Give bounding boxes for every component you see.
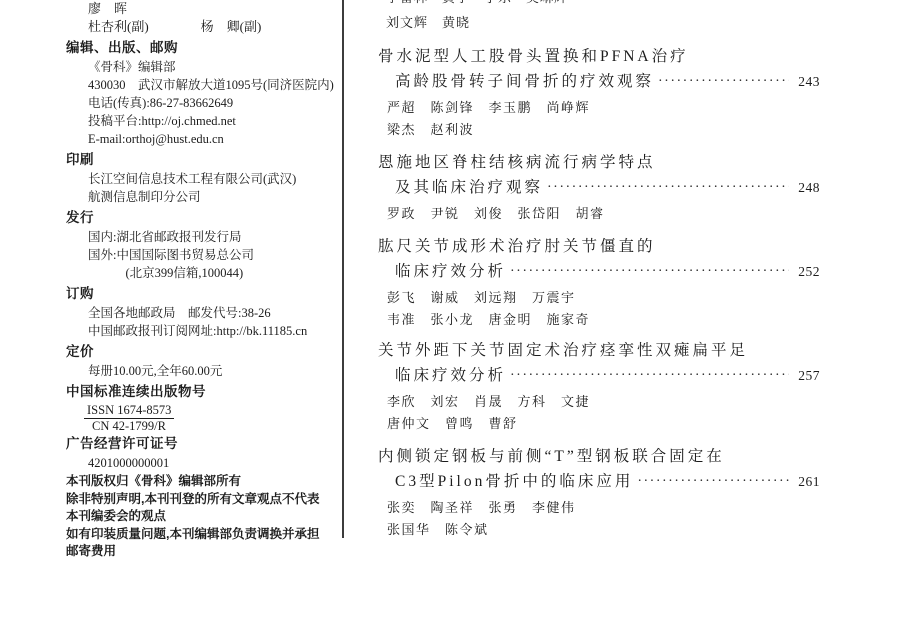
dot-leader (637, 471, 789, 493)
page-number: 243 (794, 71, 820, 93)
article-title-line1: 恩施地区脊柱结核病流行病学特点 (378, 152, 820, 174)
toc-entry: 内侧锁定钢板与前侧“T”型钢板联合固定在 C3型Pilon骨折中的临床应用 26… (378, 446, 820, 540)
toc-author-line: 张奕 陶圣祥 张勇 李健伟 (378, 497, 820, 518)
toc-author-line: 韦准 张小龙 唐金明 施家奇 (378, 309, 820, 330)
dot-leader (658, 71, 789, 93)
dot-leader (510, 365, 789, 387)
section-header-price: 定价 (66, 342, 351, 362)
section-header-printing: 印刷 (66, 150, 351, 170)
ad-license-number: 4201000000001 (66, 454, 351, 472)
toc-column: 李雷林 黄宇 于东 吴琳辉 刘文辉 黄晓 骨水泥型人工股骨头置换和PFNA治疗 … (378, 0, 820, 540)
toc-author-line: 张国华 陈令斌 (378, 519, 820, 540)
quality-notice: 邮寄费用 (66, 543, 351, 561)
page-number: 252 (794, 261, 820, 283)
dot-leader (547, 177, 789, 199)
section-header-ad-license: 广告经营许可证号 (66, 434, 351, 454)
editor-name: 廖 晖 (66, 0, 351, 18)
article-title-line1: 内侧锁定钢板与前侧“T”型钢板联合固定在 (378, 446, 820, 468)
domestic-distribution-line: 国内:湖北省邮政报刊发行局 (66, 228, 351, 246)
article-title-line1: 骨水泥型人工股骨头置换和PFNA治疗 (378, 46, 820, 68)
article-title-line1: 关节外距下关节固定术治疗痉挛性双瘫扁平足 (378, 340, 820, 362)
toc-entry: 关节外距下关节固定术治疗痉挛性双瘫扁平足 临床疗效分析 257 李欣 刘宏 肖晟… (378, 340, 820, 434)
overseas-distribution-line: 国外:中国国际图书贸易总公司 (66, 246, 351, 264)
quality-notice: 如有印装质量问题,本刊编辑部负责调换并承担 (66, 526, 351, 544)
po-box-line: (北京399信箱,100044) (66, 264, 351, 282)
journal-masthead-page: { "left": { "editors": ["廖 晖", "杜杏利(副) 杨… (0, 0, 900, 630)
section-header-subscription: 订购 (66, 284, 351, 304)
publisher-line: 《骨科》编辑部 (66, 58, 351, 76)
toc-author-line: 刘文辉 黄晓 (378, 14, 820, 32)
copyright-notice: 本刊版权归《骨科》编辑部所有 (66, 473, 351, 491)
toc-entry: 骨水泥型人工股骨头置换和PFNA治疗 高龄股骨转子间骨折的疗效观察 243 严超… (378, 46, 820, 140)
section-header-distribution: 发行 (66, 208, 351, 228)
submission-platform-line: 投稿平台:http://oj.chmed.net (66, 112, 351, 130)
section-header-serial-number: 中国标准连续出版物号 (66, 382, 351, 402)
toc-entry: 肱尺关节成形术治疗肘关节僵直的 临床疗效分析 252 彭飞 谢威 刘远翔 万震宇… (378, 236, 820, 330)
cn-number: CN 42-1799/R (84, 419, 351, 433)
article-title-line2: 高龄股骨转子间骨折的疗效观察 (395, 71, 654, 93)
article-title-line2: C3型Pilon骨折中的临床应用 (395, 471, 633, 493)
phone-line: 电话(传真):86-27-83662649 (66, 94, 351, 112)
article-title-line2: 及其临床治疗观察 (395, 177, 543, 199)
page-number: 257 (794, 365, 820, 387)
clipped-author-line: 李雷林 黄宇 于东 吴琳辉 (378, 0, 820, 9)
issn-cn-block: ISSN 1674-8573 CN 42-1799/R (66, 402, 351, 433)
toc-entry: 恩施地区脊柱结核病流行病学特点 及其临床治疗观察 248 罗政 尹锐 刘俊 张岱… (378, 152, 820, 224)
masthead-column: 廖 晖 杜杏利(副) 杨 卿(副) 编辑、出版、邮购 《骨科》编辑部 43003… (66, 0, 351, 561)
toc-author-line: 彭飞 谢威 刘远翔 万震宇 (378, 287, 820, 308)
subscription-url-line: 中国邮政报刊订阅网址:http://bk.11185.cn (66, 322, 351, 340)
disclaimer-notice: 除非特别声明,本刊刊登的所有文章观点不代表 (66, 491, 351, 509)
post-office-line: 全国各地邮政局 邮发代号:38-26 (66, 304, 351, 322)
dot-leader (510, 261, 789, 283)
issn-number: ISSN 1674-8573 (84, 402, 174, 419)
article-title-line1: 肱尺关节成形术治疗肘关节僵直的 (378, 236, 820, 258)
toc-author-line: 唐仲文 曾鸣 曹舒 (378, 413, 820, 434)
page-number: 248 (794, 177, 820, 199)
email-line: E-mail:orthoj@hust.edu.cn (66, 130, 351, 148)
toc-author-line: 李欣 刘宏 肖晟 方科 文捷 (378, 391, 820, 412)
address-line: 430030 武汉市解放大道1095号(同济医院内) (66, 76, 351, 94)
article-title-line2: 临床疗效分析 (395, 261, 506, 283)
disclaimer-notice: 本刊编委会的观点 (66, 508, 351, 526)
article-title-line2: 临床疗效分析 (395, 365, 506, 387)
printer-line: 航测信息制印分公司 (66, 188, 351, 206)
price-line: 每册10.00元,全年60.00元 (66, 362, 351, 380)
editor-name: 杜杏利(副) 杨 卿(副) (66, 18, 351, 36)
section-header-editing-publishing: 编辑、出版、邮购 (66, 38, 351, 58)
toc-author-line: 梁杰 赵利波 (378, 119, 820, 140)
printer-line: 长江空间信息技术工程有限公司(武汉) (66, 170, 351, 188)
toc-author-line: 严超 陈剑锋 李玉鹏 尚峥辉 (378, 97, 820, 118)
toc-author-line: 罗政 尹锐 刘俊 张岱阳 胡睿 (378, 203, 820, 224)
page-number: 261 (794, 471, 820, 493)
